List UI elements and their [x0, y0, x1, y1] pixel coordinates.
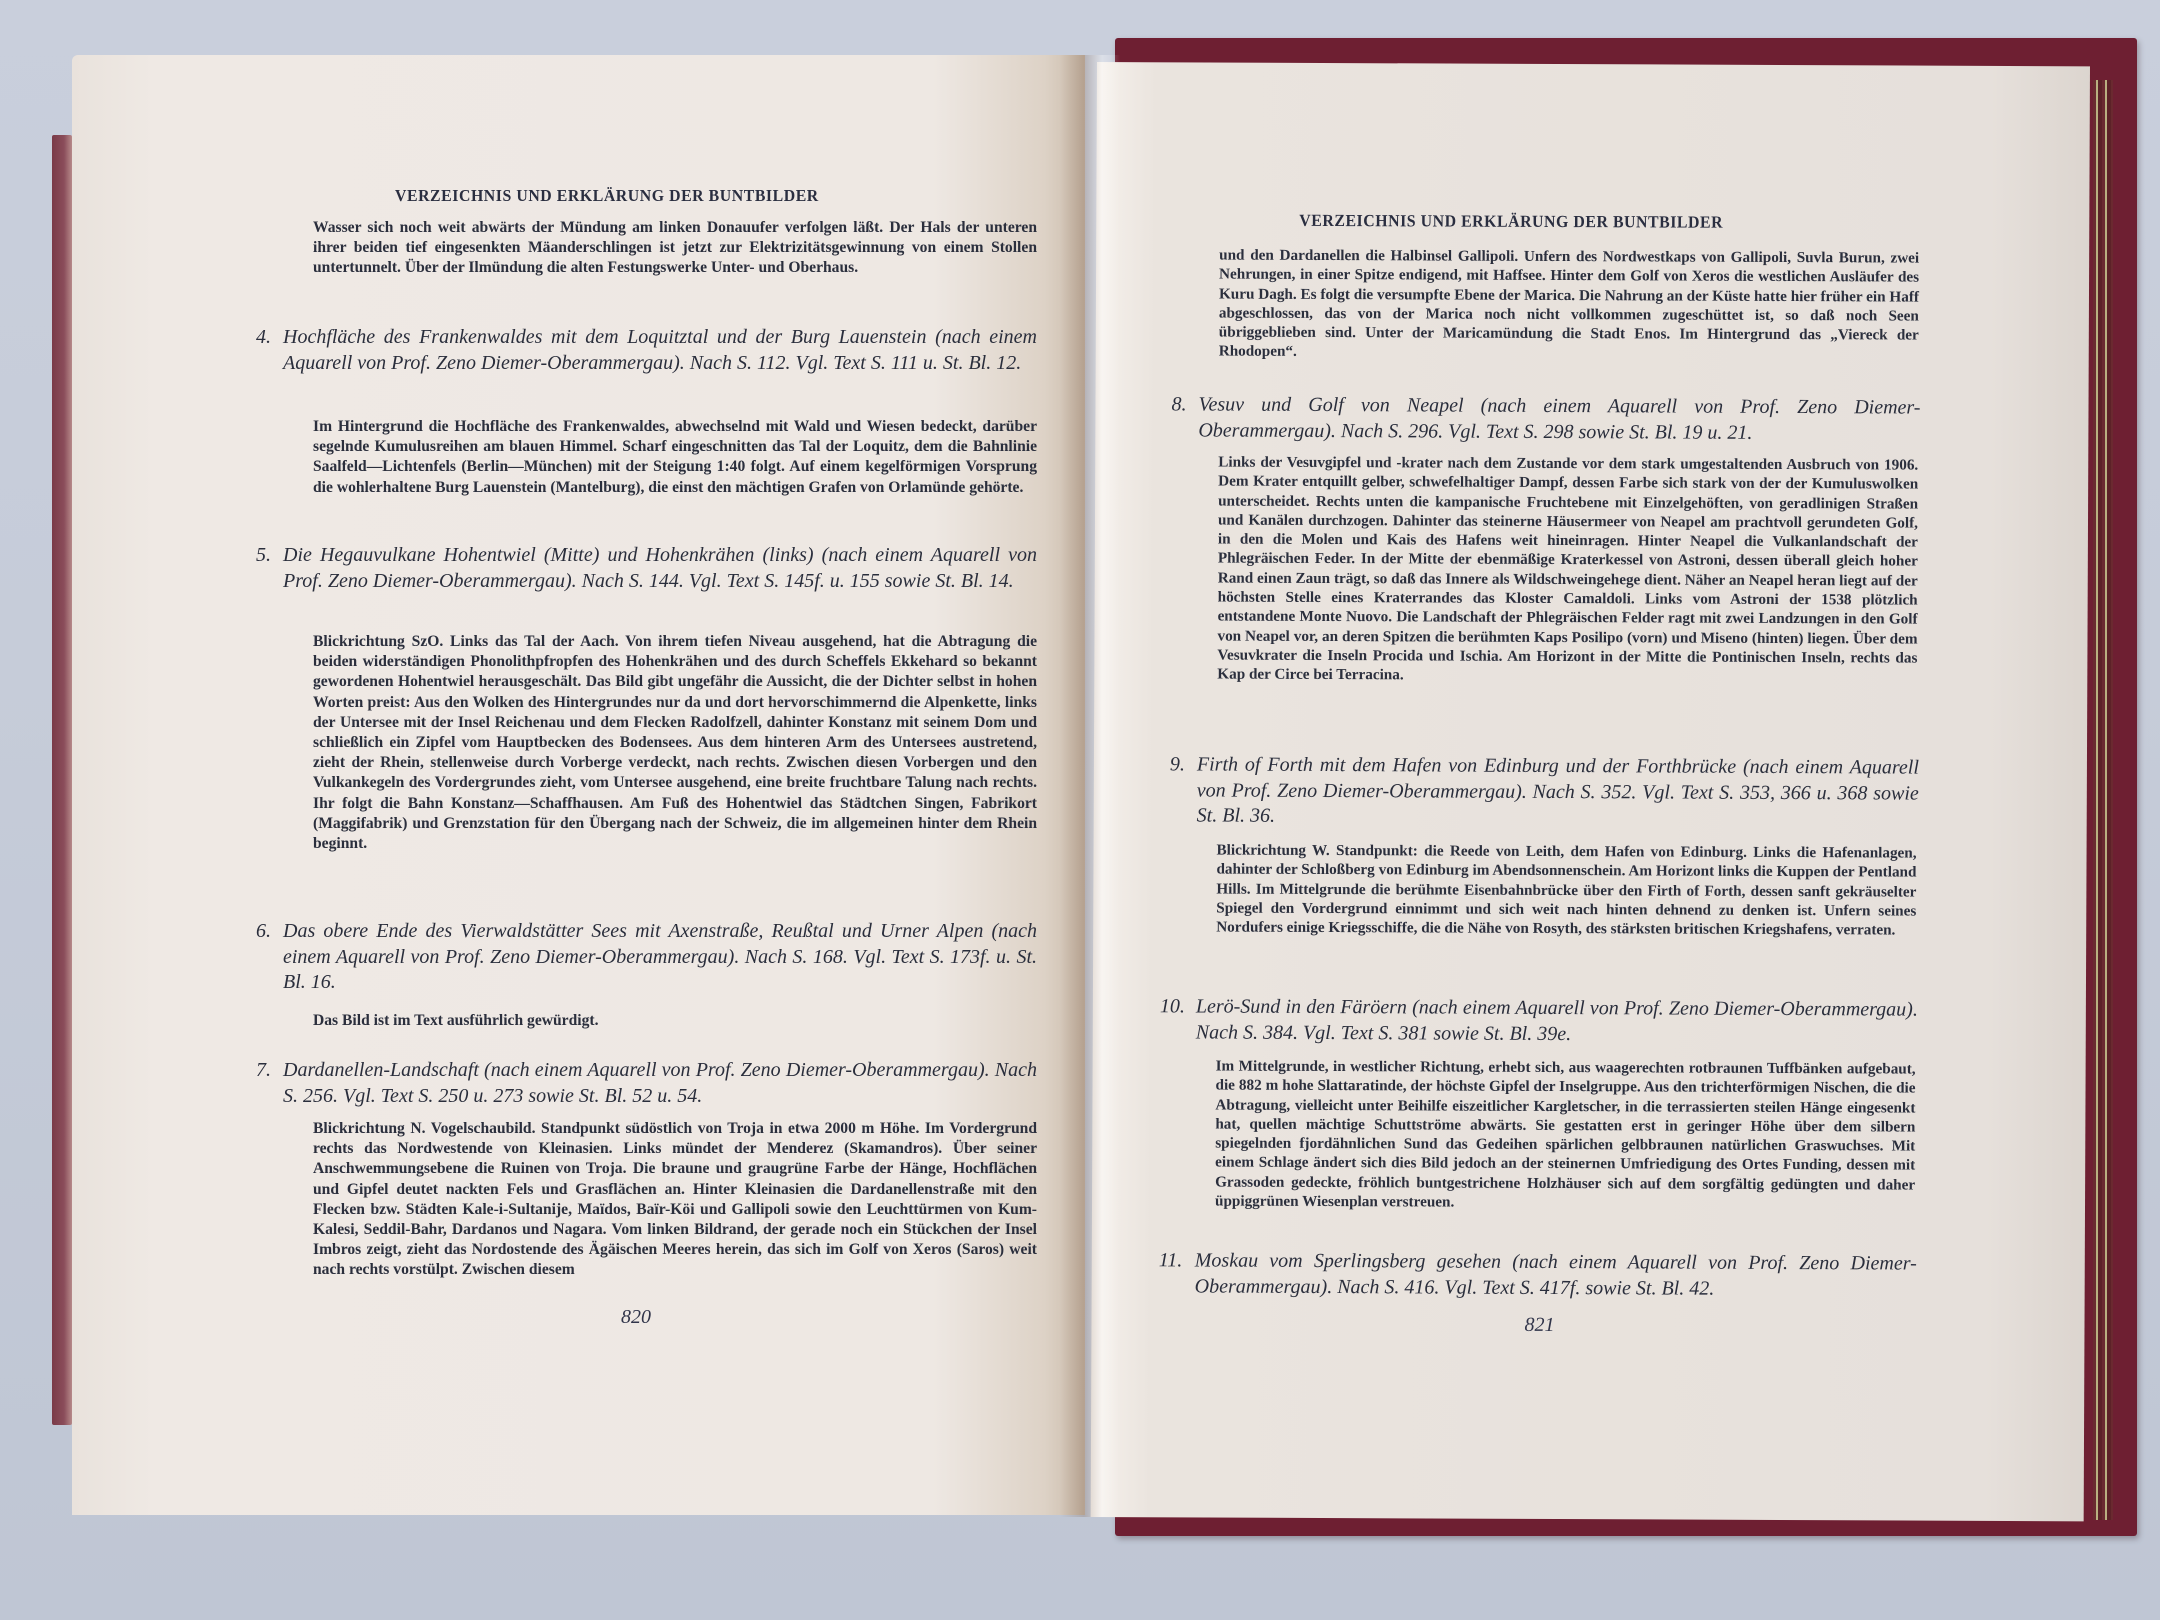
page-number-left: 820: [621, 1306, 651, 1329]
right-intro-paragraph: und den Dardanellen die Halbinsel Gallip…: [1219, 246, 1919, 365]
item-number: 10.: [1160, 994, 1185, 1020]
list-item-5: 5. Die Hegauvulkane Hohentwiel (Mitte) u…: [283, 543, 1037, 594]
item-number: 11.: [1159, 1248, 1183, 1274]
item-5-description: Blickrichtung SzO. Links das Tal der Aac…: [313, 632, 1037, 854]
item-8-description: Links der Vesuvgipfel und -krater nach d…: [1217, 453, 1918, 688]
item-title: Lerö-Sund in den Färöern (nach einem Aqu…: [1196, 994, 1918, 1048]
item-9-description: Blickrichtung W. Standpunkt: die Reede v…: [1216, 841, 1916, 941]
left-page: VERZEICHNIS UND ERKLÄRUNG DER BUNTBILDER…: [72, 55, 1085, 1515]
running-head-left: VERZEICHNIS UND ERKLÄRUNG DER BUNTBILDER: [395, 186, 819, 206]
item-number: 4.: [256, 325, 271, 351]
item-title: Das obere Ende des Vierwaldstätter Sees …: [283, 919, 1037, 996]
item-number: 6.: [256, 919, 271, 945]
list-item-4: 4. Hochfläche des Frankenwaldes mit dem …: [283, 325, 1037, 376]
book-cover-left-edge: [52, 135, 72, 1425]
page-number-right: 821: [1524, 1314, 1554, 1337]
item-title: Hochfläche des Frankenwaldes mit dem Loq…: [283, 325, 1037, 376]
item-title: Dardanellen-Landschaft (nach einem Aquar…: [283, 1058, 1037, 1109]
item-title: Moskau vom Sperlingsberg gesehen (nach e…: [1195, 1248, 1917, 1302]
item-4-description: Im Hintergrund die Hochfläche des Franke…: [313, 417, 1037, 498]
item-title: Firth of Forth mit dem Hafen von Edinbur…: [1197, 752, 1919, 832]
item-number: 5.: [256, 543, 271, 569]
right-page: VERZEICHNIS UND ERKLÄRUNG DER BUNTBILDER…: [1091, 62, 2090, 1521]
item-number: 9.: [1170, 752, 1185, 778]
page-block-edges: [2093, 80, 2113, 1520]
list-item-9: 9. Firth of Forth mit dem Hafen von Edin…: [1197, 752, 1919, 832]
item-6-description: Das Bild ist im Text ausführlich gewürdi…: [313, 1011, 1037, 1031]
left-intro-paragraph: Wasser sich noch weit abwärts der Mündun…: [313, 218, 1037, 279]
list-item-10: 10. Lerö-Sund in den Färöern (nach einem…: [1196, 994, 1918, 1048]
item-title: Die Hegauvulkane Hohentwiel (Mitte) und …: [283, 543, 1037, 594]
item-10-description: Im Mittelgrunde, in westlicher Richtung,…: [1215, 1057, 1916, 1214]
running-head-right: VERZEICHNIS UND ERKLÄRUNG DER BUNTBILDER: [1299, 211, 1723, 233]
list-item-11: 11. Moskau vom Sperlingsberg gesehen (na…: [1195, 1248, 1917, 1302]
item-title: Vesuv und Golf von Neapel (nach einem Aq…: [1198, 392, 1920, 446]
item-number: 8.: [1171, 392, 1186, 418]
list-item-7: 7. Dardanellen-Landschaft (nach einem Aq…: [283, 1058, 1037, 1109]
item-7-description: Blickrichtung N. Vogelschaubild. Standpu…: [313, 1119, 1037, 1281]
list-item-6: 6. Das obere Ende des Vierwaldstätter Se…: [283, 919, 1037, 996]
list-item-8: 8. Vesuv und Golf von Neapel (nach einem…: [1198, 392, 1920, 446]
item-number: 7.: [256, 1058, 271, 1084]
